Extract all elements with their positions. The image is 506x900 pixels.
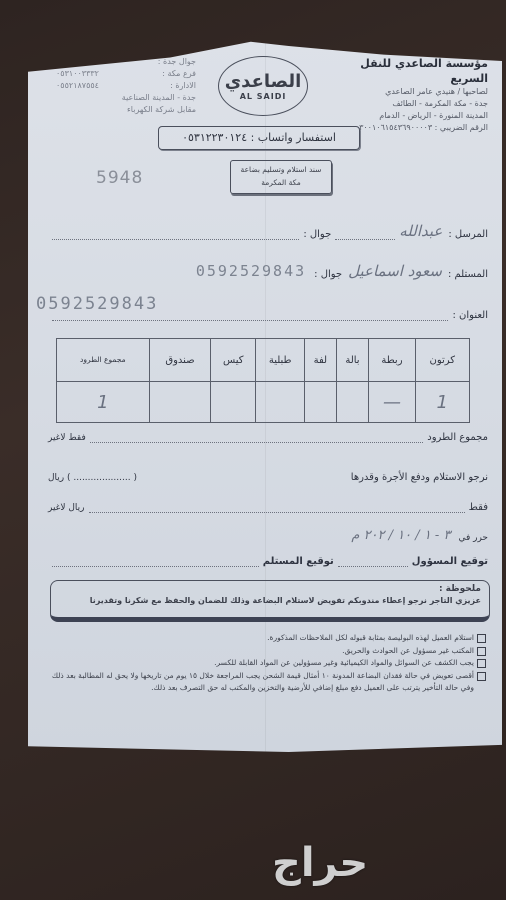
total-parcels-row: مجموع الطرود فقط لاغير [48,432,488,443]
document-type-box: سند استلام وتسليم بضاعة مكة المكرمة [230,160,332,194]
only-row: فقط ريال لاغير [48,502,488,513]
doc-type-line1: سند استلام وتسليم بضاعة [231,163,331,176]
total-parcels-field[interactable] [90,434,423,443]
riyal-no-more: ريال لاغير [48,503,85,513]
serial-number: 5948 [96,168,143,188]
receiver-mobile[interactable]: 0592529843 [196,262,306,280]
date-value[interactable]: ٣ - ١ / ١٠ / ٢٠٢ م [351,528,450,543]
cell-pallet[interactable] [256,382,305,423]
contact-block: جوال جدة :٠٥٣١٢٢٣٠١٤ فرع مكة :٠٥٣١٠٠٣٣٣٢… [56,56,196,116]
sender-dots [335,231,395,240]
contact-value: ٠٥٥٢١٨٧٥٥٤ [56,80,99,92]
note-box: ملحوظة : عزيزي التاجر نرجو إعطاء مندوبكم… [50,580,490,622]
sender-value[interactable]: عبدالله [399,222,442,240]
receiver-value[interactable]: سعود اسماعيل [348,262,442,280]
cell-carton[interactable]: 1 [415,382,469,423]
term-item: المكتب غير مسؤول عن الحوادث والحريق. [50,645,486,658]
haraj-watermark: حراج [272,840,368,886]
company-logo: الصاعدي AL SAIDI [218,56,308,116]
contact-label: جوال جدة : [158,56,196,68]
total-parcels-label: مجموع الطرود [427,432,488,443]
receiver-label: المستلم : [448,269,488,280]
checkbox-icon [477,672,486,681]
receiver-row: المستلم : سعود اسماعيل جوال : 0592529843 [48,262,488,280]
sender-label: المرسل : [448,229,488,240]
contact-row: الادارة :٠٥٥٢١٨٧٥٥٤ [56,80,196,92]
address-label: العنوان : [452,310,488,321]
owner-name: لصاحبها / هنيدي عامر الصاعدي [328,86,488,98]
col-bale: بالة [336,339,369,382]
branches-line1: جدة - مكة المكرمة - الطائف [328,98,488,110]
date-label: حرر في [458,533,488,543]
sender-mobile-label: جوال : [303,229,331,240]
signature-row: توقيع المسؤول توقيع المستلم [48,556,488,567]
company-header: مؤسسة الصاعدي للنقل السريع لصاحبها / هني… [328,56,488,134]
fee-row: نرجو الاستلام ودفع الأجرة وقدرها ( .....… [48,472,488,483]
logo-arabic: الصاعدي [225,71,302,92]
only-no-more: فقط لاغير [48,433,86,443]
whatsapp-box: استفسار واتساب : ٠٥٣١٢٢٣٠١٢٤ [158,126,360,150]
address-line1: جدة - المدينة الصناعية [56,92,196,104]
term-item: أقصى تعويض في حالة فقدان البضاعة المدونة… [50,670,486,695]
cell-roll[interactable] [305,382,336,423]
contact-row: فرع مكة :٠٥٣١٠٠٣٣٣٢ [56,68,196,80]
receiver-signature-field[interactable] [52,558,259,567]
address-row: العنوان : [48,310,488,321]
term-item: يجب الكشف عن السوائل والمواد الكيميائية … [50,657,486,670]
fee-riyal[interactable]: ( .................... ) ريال [48,473,137,483]
col-bundle: ربطة [369,339,415,382]
term-item: استلام العميل لهذه البوليصة بمثابة قبوله… [50,632,486,645]
logo-english: AL SAIDI [240,92,287,101]
col-pallet: طبلية [256,339,305,382]
cell-bale[interactable] [336,382,369,423]
receipt-paper: مؤسسة الصاعدي للنقل السريع لصاحبها / هني… [28,36,502,752]
sender-mobile-field[interactable] [52,231,299,240]
checkbox-icon [477,659,486,668]
contact-label: فرع مكة : [162,68,196,80]
term-text: المكتب غير مسؤول عن الحوادث والحريق. [342,645,474,658]
only-label: فقط [469,502,488,513]
fee-label: نرجو الاستلام ودفع الأجرة وقدرها [351,472,488,483]
contact-value: ٠٥٣١٠٠٣٣٣٢ [56,68,99,80]
col-bag: كيس [211,339,256,382]
receiver-mobile-label: جوال : [314,269,342,280]
contact-value: ٠٥٣١٢٢٣٠١٤ [56,56,99,68]
note-body: عزيزي التاجر نرجو إعطاء مندوبكم تفويض لا… [59,596,481,605]
table-header-row: كرتون ربطة بالة لفة طبلية كيس صندوق مجمو… [57,339,470,382]
checkbox-icon [477,647,486,656]
table-row: 1 — 1 [57,382,470,423]
term-text: أقصى تعويض في حالة فقدان البضاعة المدونة… [50,670,474,695]
branches-line2: المدينة المنورة - الرياض - الدمام [328,110,488,122]
col-carton: كرتون [415,339,469,382]
note-heading: ملحوظة : [59,584,481,594]
company-name: مؤسسة الصاعدي للنقل السريع [328,56,488,86]
parcel-table: كرتون ربطة بالة لفة طبلية كيس صندوق مجمو… [56,338,470,423]
checkbox-icon [477,634,486,643]
terms-list: استلام العميل لهذه البوليصة بمثابة قبوله… [50,632,486,695]
col-roll: لفة [305,339,336,382]
contact-row: جوال جدة :٠٥٣١٢٢٣٠١٤ [56,56,196,68]
term-text: استلام العميل لهذه البوليصة بمثابة قبوله… [267,632,474,645]
receiver-signature-label: توقيع المستلم [263,556,334,567]
date-row: حرر في ٣ - ١ / ١٠ / ٢٠٢ م [351,528,488,543]
address-field[interactable] [52,312,448,321]
col-box: صندوق [149,339,211,382]
col-total: مجموع الطرود [57,339,150,382]
cell-total[interactable]: 1 [57,382,150,423]
contact-label: الادارة : [170,80,196,92]
term-text: يجب الكشف عن السوائل والمواد الكيميائية … [214,657,474,670]
address-line2: مقابل شركة الكهرباء [56,104,196,116]
cell-bundle[interactable]: — [369,382,415,423]
cell-bag[interactable] [211,382,256,423]
official-signature-label: توقيع المسؤول [412,556,488,567]
cell-box[interactable] [149,382,211,423]
only-field[interactable] [89,504,465,513]
doc-type-line2: مكة المكرمة [231,176,331,189]
official-signature-field[interactable] [338,558,408,567]
sender-row: المرسل : عبدالله جوال : [48,222,488,240]
